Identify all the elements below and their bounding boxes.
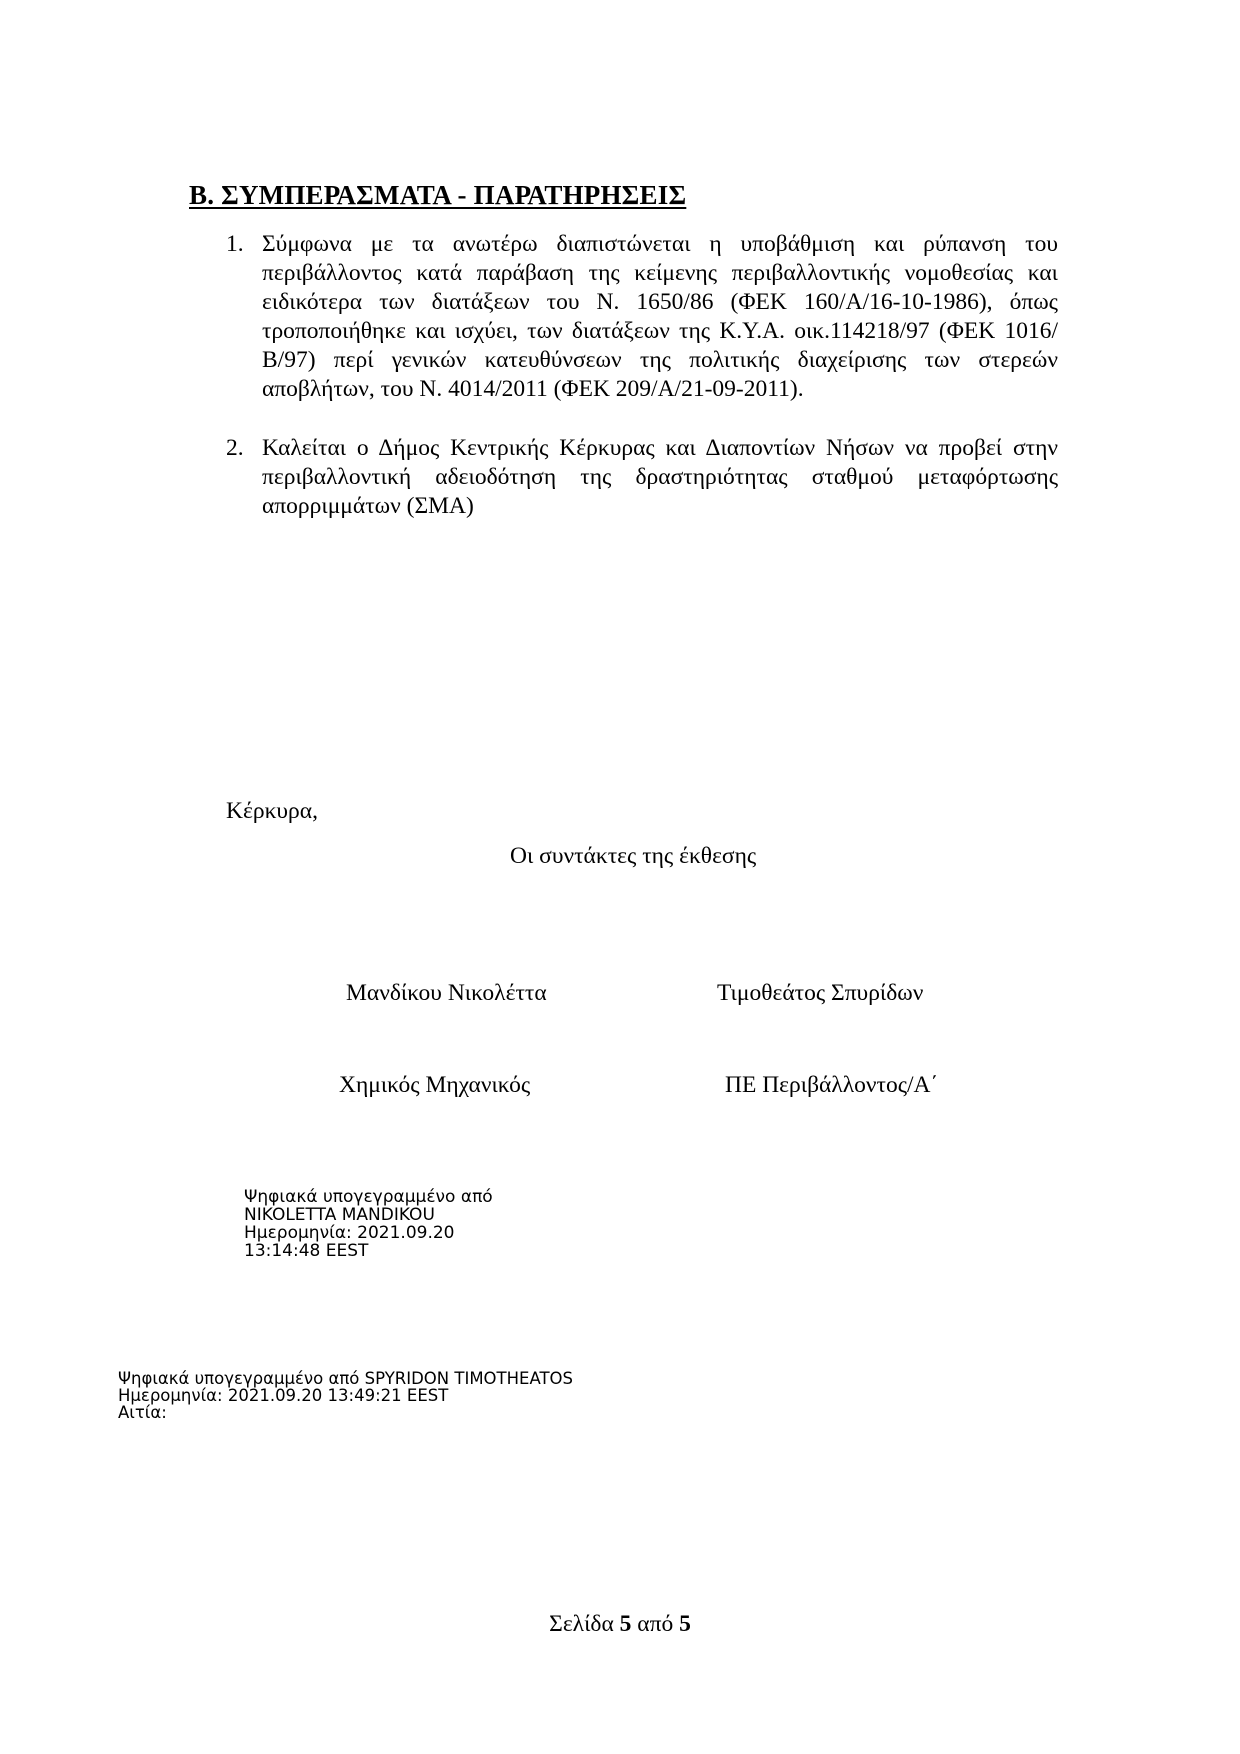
- page-footer: Σελίδα 5 από 5: [0, 1611, 1240, 1638]
- digital-signature-date: Ημερομηνία: 2021.09.20 13:49:21 EEST: [118, 1387, 573, 1404]
- document-page: B. ΣΥΜΠΕΡΑΣΜΑΤΑ - ΠΑΡΑΤΗΡΗΣΕΙΣ 1. Σύμφων…: [0, 0, 1240, 1754]
- signatory-role-1: Χημικός Μηχανικός: [339, 1072, 530, 1099]
- conclusion-list-item-2: 2. Καλείται ο Δήμος Κεντρικής Κέρκυρας κ…: [226, 434, 1058, 521]
- page-label: Σελίδα: [549, 1611, 614, 1637]
- digital-signature-signer: Ψηφιακά υπογεγραμμένο από SPYRIDON TIMOT…: [118, 1370, 573, 1387]
- digital-signature-date: Ημερομηνία: 2021.09.20: [244, 1224, 493, 1242]
- signatory-name-2: Τιμοθεάτος Σπυρίδων: [717, 980, 923, 1007]
- signatory-name-1: Μανδίκου Νικολέττα: [346, 980, 547, 1007]
- digital-signature-time: 13:14:48 EEST: [244, 1242, 493, 1260]
- authors-title: Οι συντάκτες της έκθεσης: [510, 843, 756, 870]
- digital-signature-line: Ψηφιακά υπογεγραμμένο από: [244, 1188, 493, 1206]
- signatory-role-2: ΠΕ Περιβάλλοντος/Α΄: [725, 1072, 938, 1099]
- digital-signature-signer: NIKOLETTA MANDIKOU: [244, 1206, 493, 1224]
- list-item-text: Σύμφωνα με τα ανωτέρω διαπιστώνεται η υπ…: [262, 231, 1058, 402]
- conclusion-list-item-1: 1. Σύμφωνα με τα ανωτέρω διαπιστώνεται η…: [226, 230, 1058, 404]
- list-item-number: 1.: [226, 230, 244, 259]
- digital-signature-1[interactable]: Ψηφιακά υπογεγραμμένο από NIKOLETTA MAND…: [244, 1188, 493, 1260]
- current-page-number: 5: [620, 1611, 632, 1637]
- place-label: Κέρκυρα,: [226, 798, 318, 825]
- digital-signature-2[interactable]: Ψηφιακά υπογεγραμμένο από SPYRIDON TIMOT…: [118, 1370, 573, 1421]
- of-label: από: [637, 1611, 673, 1637]
- section-heading: B. ΣΥΜΠΕΡΑΣΜΑΤΑ - ΠΑΡΑΤΗΡΗΣΕΙΣ: [189, 180, 686, 211]
- list-item-number: 2.: [226, 434, 244, 463]
- digital-signature-reason: Αιτία:: [118, 1404, 573, 1421]
- list-item-text: Καλείται ο Δήμος Κεντρικής Κέρκυρας και …: [262, 435, 1058, 519]
- total-pages-number: 5: [679, 1611, 691, 1637]
